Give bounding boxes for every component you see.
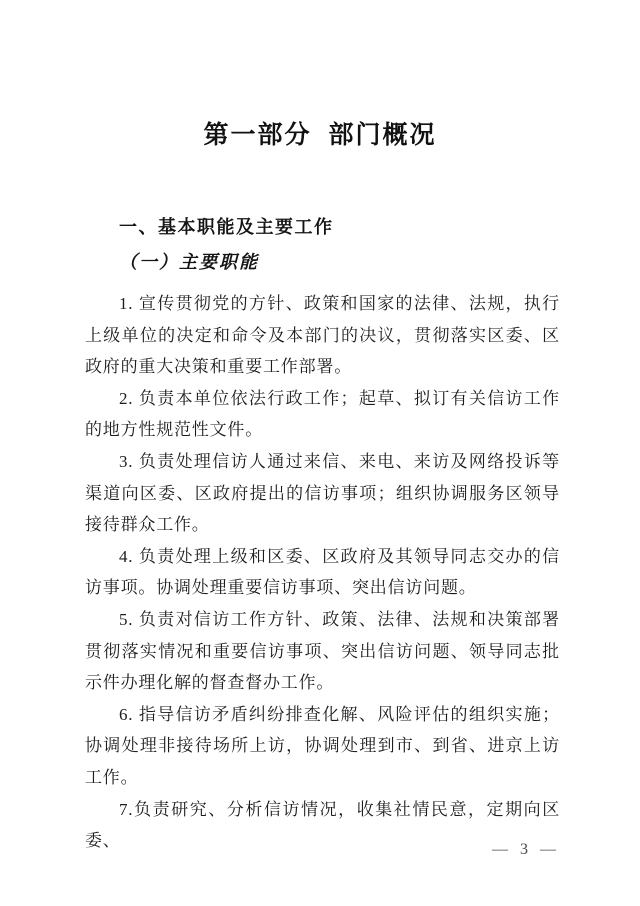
page-title: 第一部分 部门概况 [0, 0, 640, 153]
paragraph-6: 6. 指导信访矛盾纠纷排查化解、风险评估的组织实施；协调处理非接待场所上访，协调… [85, 699, 560, 794]
paragraph-5: 5. 负责对信访工作方针、政策、法律、法规和决策部署贯彻落实情况和重要信访事项、… [85, 604, 560, 699]
paragraph-4: 4. 负责处理上级和区委、区政府及其领导同志交办的信访事项。协调处理重要信访事项… [85, 541, 560, 604]
paragraph-1: 1. 宣传贯彻党的方针、政策和国家的法律、法规，执行上级单位的决定和命令及本部门… [85, 288, 560, 383]
paragraph-3: 3. 负责处理信访人通过来信、来电、来访及网络投诉等渠道向区委、区政府提出的信访… [85, 446, 560, 541]
paragraph-list: 1. 宣传贯彻党的方针、政策和国家的法律、法规，执行上级单位的决定和命令及本部门… [85, 288, 560, 857]
section-heading: 一、基本职能及主要工作 [85, 216, 560, 238]
page-number: — 3 — [492, 841, 560, 859]
document-page: 第一部分 部门概况 一、基本职能及主要工作 （一）主要职能 1. 宣传贯彻党的方… [0, 0, 640, 906]
subsection-heading: （一）主要职能 [85, 251, 560, 273]
paragraph-7: 7.负责研究、分析信访情况，收集社情民意，定期向区委、 [85, 794, 560, 857]
document-body: 一、基本职能及主要工作 （一）主要职能 1. 宣传贯彻党的方针、政策和国家的法律… [85, 216, 560, 857]
paragraph-2: 2. 负责本单位依法行政工作；起草、拟订有关信访工作的地方性规范性文件。 [85, 383, 560, 446]
